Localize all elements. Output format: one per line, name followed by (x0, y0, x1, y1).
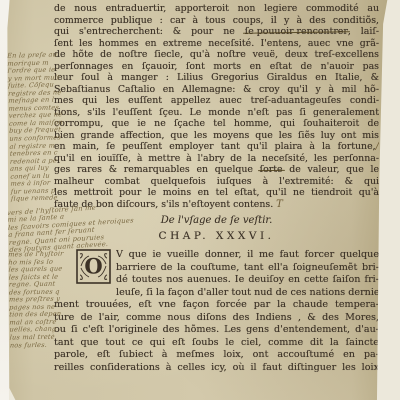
printed-text-block: de nous entraduertir, apporteroit non le… (54, 3, 379, 374)
text-line: corrompu, que ie ne ſçache tel homme, qu… (54, 118, 379, 130)
handwritten-marginalia-top: En la preſe aumorirque ml'ordre que iey … (7, 51, 66, 203)
text-line: qui s'entrecherchent: & pour ne ſe pouuo… (54, 26, 379, 38)
woodcut-initial-ornament: O (76, 249, 111, 284)
text-line: parole, eſt ſubiect à meſmes loix, ont a… (54, 349, 379, 362)
book-page: de nous entraduertir, apporteroit non le… (7, 0, 390, 400)
chapter-opening-paragraph: O V que ie vueille donner, il me faut fo… (54, 249, 379, 374)
scanned-page-background: de nous entraduertir, apporteroit non le… (0, 0, 400, 400)
text-line: barriere de la couſtume, tant ell'a ſoig… (116, 262, 379, 275)
text-line: tant que tout ce qui eſt ſoubs le ciel, … (54, 337, 379, 350)
text-line: ou ſi c'eſt l'originele des hõmes. Les g… (54, 324, 379, 337)
text-line: ges rares & remarquables en quelque ſort… (54, 164, 379, 176)
handwritten-marginalia-bottom: mes de l'hyſtoirho mis ſes loles quarels… (8, 251, 67, 350)
text-line: mes qui les euſſent appellez auec treſ-a… (54, 95, 379, 107)
text-segment: , laiſ- (348, 26, 379, 37)
text-line: leur ſoul à manger : Lilius Gregorius Gi… (54, 72, 379, 84)
text-line: leuſe, ſi la façon d'aller tout nud de c… (116, 287, 379, 300)
marginalia-line: ſique remede (11, 195, 67, 204)
text-line: commerce publique : car à tous coups, il… (54, 15, 379, 27)
text-line: en main, ſe peuſſent employer tant qu'il… (54, 141, 379, 153)
text-line: Sebaſtianus Caſtalio en Allemagne: & cro… (54, 84, 379, 96)
struck-words: ſe pouuoir rencontrer (245, 26, 348, 37)
text-segment: ges rares & remarquables en quelque (54, 164, 260, 175)
text-line: qu'il en iouïſſe, à mettre à l'abry de l… (54, 153, 379, 165)
struck-words: ſorte (260, 164, 283, 175)
text-segment: de valeur, que le (283, 164, 379, 175)
text-line: tions, s'ils l'euſſent ſçeu. Le monde n'… (54, 107, 379, 119)
pen-strikethrough: ſorteeſpece (260, 164, 283, 176)
pen-insertion-mark: T (276, 199, 283, 210)
text-line: les mettroit pour le moins en tel eſtat,… (54, 187, 379, 199)
pen-insertion-mark: / (376, 141, 379, 152)
text-line: ment trouuées, eſt vne façon forcée par … (54, 299, 379, 312)
text-line: de hõte de noſtre ſiecle, qu'à noſtre ve… (54, 49, 379, 61)
text-line: bien grande affection, que les moyens qu… (54, 130, 379, 142)
text-line: ture de l'air, comme nous diſons des Ind… (54, 312, 379, 325)
handwritten-marginalia-middle: vers de l'hyſtoire ſan memi ne la ſante … (7, 202, 141, 254)
text-segment: qui s'entrecherchent: & pour ne (54, 26, 245, 37)
text-line: ſent les hommes en extreme neceſsité. I'… (54, 38, 379, 50)
text-line: malheur combat quelquefois iuſques à l'e… (54, 176, 379, 188)
text-segment: en main, ſe peuſſent employer tant qu'il… (54, 141, 376, 152)
initial-letter: O (84, 254, 102, 279)
marginalia-line: nos furles. (9, 341, 67, 350)
text-line: V que ie vueille donner, il me faut forc… (116, 249, 379, 262)
text-line: reilles conſiderations à celles icy, où … (54, 362, 379, 375)
pen-strikethrough: ſe pouuoir rencontrer (245, 26, 348, 38)
text-line: dé toutes nos auenues. Ie deuiſoy en cet… (116, 274, 379, 287)
text-line: perſonnages en ſçauoir, ſont morts en eſ… (54, 61, 379, 73)
text-line: de nous entraduertir, apporteroit non le… (54, 3, 379, 15)
